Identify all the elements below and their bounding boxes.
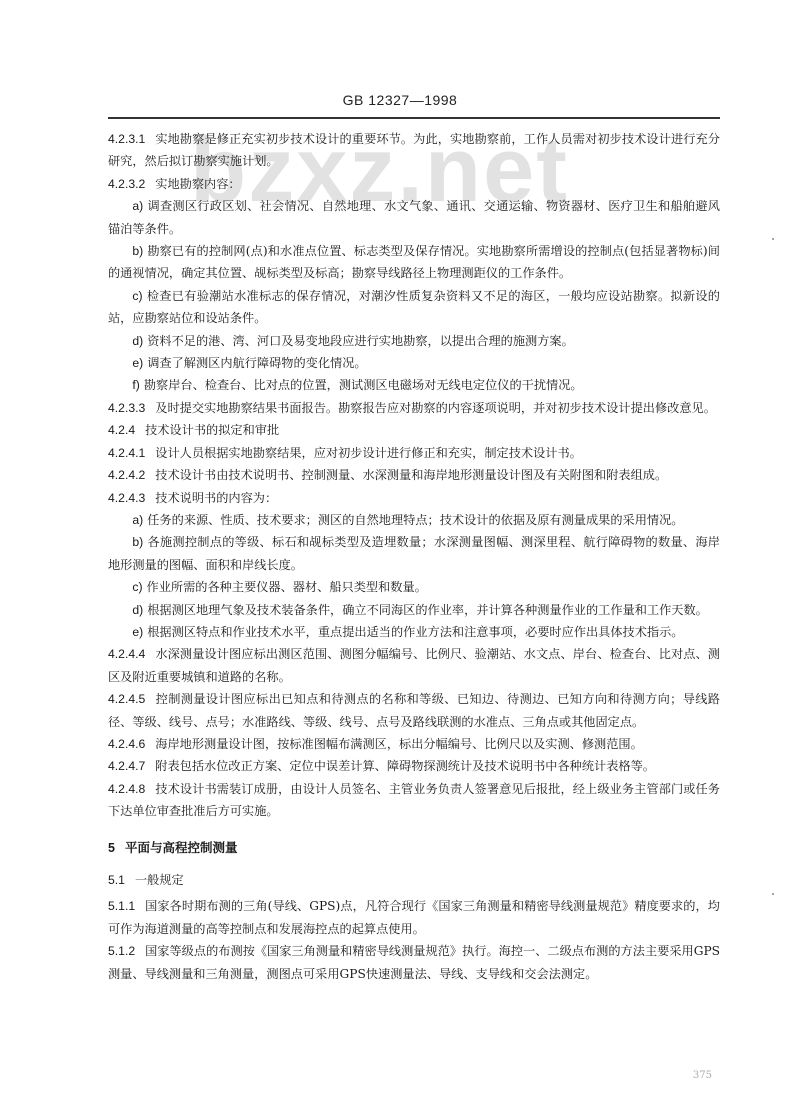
item-label: a) — [132, 513, 143, 527]
clause-number: 4.2.4.1 — [108, 446, 145, 460]
section-heading: 5平面与高程控制测量 — [108, 837, 720, 859]
clause-number: 4.2.4.7 — [108, 759, 145, 773]
clause-text: 实地勘察内容： — [155, 177, 240, 191]
item-label: e) — [132, 625, 143, 639]
document-body: 4.2.3.1实地勘察是修正充实初步技术设计的重要环节。为此，实地勘察前，工作人… — [108, 128, 720, 985]
clause: 5.1.2国家等级点的布测按《国家三角测量和精密导线测量规范》执行。海控一、二级… — [108, 940, 720, 985]
clause: 4.2.3.1实地勘察是修正充实初步技术设计的重要环节。为此，实地勘察前，工作人… — [108, 128, 720, 173]
item-label: a) — [132, 199, 143, 213]
clause: 4.2.4.5控制测量设计图应标出已知点和待测点的名称和等级、已知边、待测边、已… — [108, 688, 720, 733]
clause-text: 作业所需的各种主要仪器、器材、船只类型和数量。 — [147, 580, 427, 594]
clause-text: 技术设计书需装订成册，由设计人员签名、主管业务负责人签署意见后报批，经上级业务主… — [108, 782, 720, 818]
clause-text: 及时提交实地勘察结果书面报告。勘察报告应对勘察的内容逐项说明，并对初步技术设计提… — [155, 401, 716, 415]
clause: 5.1一般规定 — [108, 869, 720, 891]
list-item: d)资料不足的港、湾、河口及易变地段应进行实地勘察，以提出合理的施测方案。 — [108, 330, 720, 352]
clause: 5.1.1国家各时期布测的三角(导线、GPS)点，凡符合现行《国家三角测量和精密… — [108, 895, 720, 940]
clause-text: 平面与高程控制测量 — [125, 840, 238, 855]
item-label: c) — [132, 289, 142, 303]
clause-text: 技术设计书的拟定和审批 — [145, 423, 279, 437]
clause-text: 国家各时期布测的三角(导线、GPS)点，凡符合现行《国家三角测量和精密导线测量规… — [108, 899, 720, 935]
clause-number: 4.2.4.2 — [108, 468, 145, 482]
clause-number: 4.2.3.3 — [108, 401, 145, 415]
clause-text: 附表包括水位改正方案、定位中误差计算、障碍物探测统计及技术说明书中各种统计表格等… — [155, 759, 655, 773]
item-label: b) — [132, 244, 143, 258]
clause-number: 5.1 — [108, 873, 125, 887]
clause-text: 任务的来源、性质、技术要求；测区的自然地理特点；技术设计的依据及原有测量成果的采… — [147, 513, 683, 527]
clause-text: 海岸地形测量设计图，按标准图幅布满测区，标出分幅编号、比例尺以及实测、修测范围。 — [155, 737, 643, 751]
clause: 4.2.4.4水深测量设计图应标出测区范围、测图分幅编号、比例尺、验潮站、水文点… — [108, 643, 720, 688]
clause-text: 资料不足的港、湾、河口及易变地段应进行实地勘察，以提出合理的施测方案。 — [147, 334, 574, 348]
item-label: d) — [132, 603, 143, 617]
list-item: e)调查了解测区内航行障碍物的变化情况。 — [108, 352, 720, 374]
list-item: c)检查已有验潮站水准标志的保存情况，对潮汐性质复杂资料又不足的海区，一般均应设… — [108, 285, 720, 330]
clause-text: 勘察已有的控制网(点)和水准点位置、标志类型及保存情况。实地勘察所需增设的控制点… — [108, 244, 720, 280]
item-label: c) — [132, 580, 142, 594]
item-label: e) — [132, 356, 143, 370]
clause-text: 控制测量设计图应标出已知点和待测点的名称和等级、已知边、待测边、已知方向和待测方… — [108, 692, 720, 728]
clause-number: 4.2.4 — [108, 423, 135, 437]
clause: 4.2.3.2实地勘察内容： — [108, 173, 720, 195]
item-label: f) — [132, 378, 139, 392]
clause: 4.2.4技术设计书的拟定和审批 — [108, 419, 720, 441]
clause-text: 国家等级点的布测按《国家三角测量和精密导线测量规范》执行。海控一、二级点布测的方… — [108, 944, 720, 980]
list-item: b)勘察已有的控制网(点)和水准点位置、标志类型及保存情况。实地勘察所需增设的控… — [108, 240, 720, 285]
item-label: b) — [132, 535, 143, 549]
clause-text: 各施测控制点的等级、标石和觇标类型及造埋数量；水深测量图幅、测深里程、航行障碍物… — [108, 535, 720, 571]
document-page: GB 12327—1998 bzxz.net 4.2.3.1实地勘察是修正充实初… — [0, 0, 800, 1120]
clause-number: 4.2.4.4 — [108, 647, 145, 661]
clause: 4.2.4.2技术设计书由技术说明书、控制测量、水深测量和海岸地形测量设计图及有… — [108, 464, 720, 486]
clause-text: 检查已有验潮站水准标志的保存情况，对潮汐性质复杂资料又不足的海区，一般均应设站勘… — [108, 289, 720, 325]
clause-text: 技术说明书的内容为： — [155, 491, 277, 505]
clause: 4.2.4.3技术说明书的内容为： — [108, 487, 720, 509]
clause-number: 5.1.2 — [108, 944, 135, 958]
clause-text: 根据测区特点和作业技术水平，重点提出适当的作业方法和注意事项，必要时应作出具体技… — [147, 625, 683, 639]
clause-text: 调查了解测区内航行障碍物的变化情况。 — [147, 356, 366, 370]
list-item: c)作业所需的各种主要仪器、器材、船只类型和数量。 — [108, 576, 720, 598]
list-item: a)调查测区行政区划、社会情况、自然地理、水文气象、通讯、交通运输、物资器材、医… — [108, 195, 720, 240]
clause-text: 一般规定 — [135, 873, 184, 887]
header-rule — [108, 117, 720, 119]
item-label: d) — [132, 334, 143, 348]
list-item: a)任务的来源、性质、技术要求；测区的自然地理特点；技术设计的依据及原有测量成果… — [108, 509, 720, 531]
clause-number: 4.2.4.6 — [108, 737, 145, 751]
clause-text: 根据测区地理气象及技术装备条件，确立不同海区的作业率，并计算各种测量作业的工作量… — [147, 603, 708, 617]
list-item: b)各施测控制点的等级、标石和觇标类型及造埋数量；水深测量图幅、测深里程、航行障… — [108, 531, 720, 576]
scan-speck — [772, 238, 774, 240]
clause-text: 设计人员根据实地勘察结果，应对初步设计进行修正和充实，制定技术设计书。 — [155, 446, 582, 460]
clause-number: 5.1.1 — [108, 899, 135, 913]
list-item: d)根据测区地理气象及技术装备条件，确立不同海区的作业率，并计算各种测量作业的工… — [108, 599, 720, 621]
clause: 4.2.4.1设计人员根据实地勘察结果，应对初步设计进行修正和充实，制定技术设计… — [108, 442, 720, 464]
clause: 4.2.4.8技术设计书需装订成册，由设计人员签名、主管业务负责人签署意见后报批… — [108, 778, 720, 823]
clause-number: 5 — [108, 841, 115, 855]
page-number: 375 — [693, 1070, 712, 1081]
clause-number: 4.2.4.8 — [108, 782, 145, 796]
scan-speck — [772, 893, 774, 895]
clause-text: 技术设计书由技术说明书、控制测量、水深测量和海岸地形测量设计图及有关附图和附表组… — [155, 468, 667, 482]
list-item: f)勘察岸台、检查台、比对点的位置，测试测区电磁场对无线电定位仪的干扰情况。 — [108, 374, 720, 396]
clause-text: 勘察岸台、检查台、比对点的位置，测试测区电磁场对无线电定位仪的干扰情况。 — [144, 378, 583, 392]
list-item: e)根据测区特点和作业技术水平，重点提出适当的作业方法和注意事项，必要时应作出具… — [108, 621, 720, 643]
clause: 4.2.3.3及时提交实地勘察结果书面报告。勘察报告应对勘察的内容逐项说明，并对… — [108, 397, 720, 419]
clause-number: 4.2.3.2 — [108, 177, 145, 191]
clause-text: 水深测量设计图应标出测区范围、测图分幅编号、比例尺、验潮站、水文点、岸台、检查台… — [108, 647, 720, 683]
clause-text: 实地勘察是修正充实初步技术设计的重要环节。为此，实地勘察前，工作人员需对初步技术… — [108, 132, 720, 168]
clause-number: 4.2.4.3 — [108, 491, 145, 505]
clause: 4.2.4.6海岸地形测量设计图，按标准图幅布满测区，标出分幅编号、比例尺以及实… — [108, 733, 720, 755]
clause-text: 调查测区行政区划、社会情况、自然地理、水文气象、通讯、交通运输、物资器材、医疗卫… — [108, 199, 720, 235]
standard-header: GB 12327—1998 — [0, 92, 800, 108]
clause-number: 4.2.4.5 — [108, 692, 145, 706]
clause: 4.2.4.7附表包括水位改正方案、定位中误差计算、障碍物探测统计及技术说明书中… — [108, 755, 720, 777]
clause-number: 4.2.3.1 — [108, 132, 145, 146]
